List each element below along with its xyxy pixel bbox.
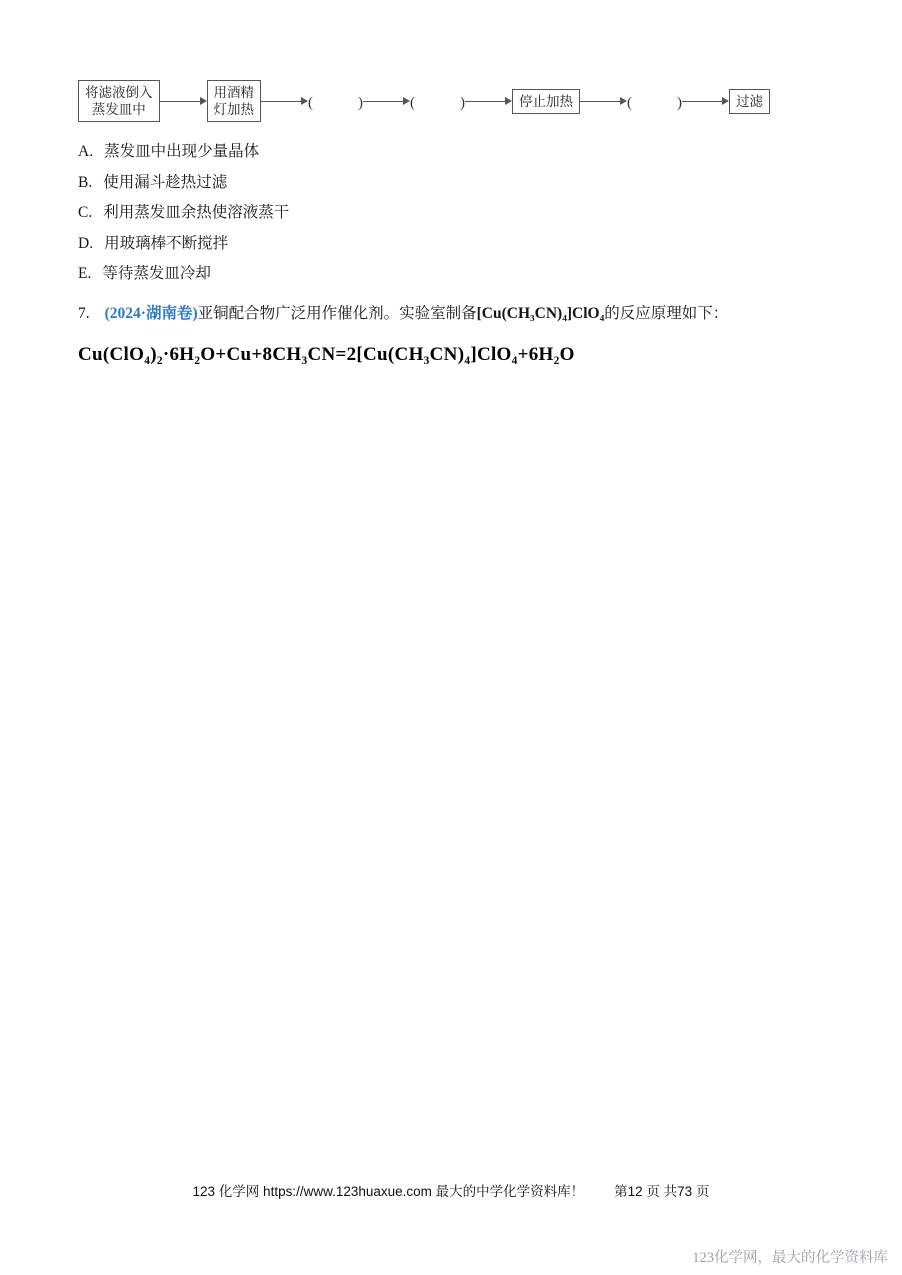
flowchart-item [465,97,512,105]
flowchart-item: ( ) [410,91,465,112]
flow-arrow-icon [580,97,627,105]
option-item: C.利用蒸发皿余热使溶液蒸干 [78,198,834,229]
flow-arrow-icon [261,97,308,105]
flowchart-item: ( ) [308,91,363,112]
flow-arrow-icon [363,97,410,105]
option-letter: B. [78,174,92,191]
arrow-head-icon [301,97,308,105]
document-page: 将滤液倒入 蒸发皿中 用酒精 灯加热 [0,0,902,1275]
flowchart-step-box: 停止加热 [512,89,580,114]
arrow-head-icon [722,97,729,105]
flowchart-blank-slot: ( ) [308,91,363,112]
option-item: D.用玻璃棒不断搅拌 [78,229,834,260]
flow-arrow-icon [465,97,512,105]
flowchart-item [160,97,207,105]
page-footer: 123 化学网 https://www.123huaxue.com 最大的中学化… [0,1180,902,1200]
arrow-head-icon [403,97,410,105]
flow-arrow-icon [682,97,729,105]
chemical-equation: Cu(ClO₄)₂·6H₂O+Cu+8CH₃CN=2[Cu(CH₃CN)₄]Cl… [78,344,834,366]
flowchart-blank-slot: ( ) [627,91,682,112]
flowchart-item [363,97,410,105]
footer-site-info: 123 化学网 https://www.123huaxue.com 最大的中学化… [193,1184,585,1199]
option-text: 蒸发皿中出现少量晶体 [104,143,259,160]
option-letter: D. [78,235,93,252]
flowchart-item [261,97,308,105]
page-content: 将滤液倒入 蒸发皿中 用酒精 灯加热 [78,80,834,366]
flowchart-item: 将滤液倒入 蒸发皿中 [78,80,160,122]
arrow-line [465,101,505,102]
flowchart-step-box: 将滤液倒入 蒸发皿中 [78,80,160,122]
flowchart-item: 用酒精 灯加热 [207,80,262,122]
flow-arrow-icon [160,97,207,105]
option-text: 利用蒸发皿余热使溶液蒸干 [103,204,289,221]
flowchart-item [682,97,729,105]
arrow-line [160,101,200,102]
page-number: 第12 页 共73 页 [614,1184,709,1199]
inline-chemical-formula: [Cu(CH₃CN)₄]ClO₄ [477,305,605,322]
arrow-line [363,101,403,102]
arrow-head-icon [620,97,627,105]
option-text: 用玻璃棒不断搅拌 [104,235,228,252]
option-letter: C. [78,204,92,221]
flowchart-item: 过滤 [729,89,770,114]
option-item: A.蒸发皿中出现少量晶体 [78,137,834,168]
option-item: E.等待蒸发皿冷却 [78,259,834,290]
flowchart-step-box: 过滤 [729,89,770,114]
flowchart-item [580,97,627,105]
arrow-line [261,101,301,102]
arrow-line [682,101,722,102]
watermark-text: 123化学网，最大的化学资料库 [692,1246,888,1267]
option-letter: A. [78,143,93,160]
option-item: B.使用漏斗趁热过滤 [78,168,834,199]
flowchart-item: 停止加热 [512,89,580,114]
question-number: 7. [78,305,90,322]
arrow-head-icon [505,97,512,105]
options-list: A.蒸发皿中出现少量晶体 B.使用漏斗趁热过滤 C.利用蒸发皿余热使溶液蒸干 D… [78,137,834,290]
question-text-tail: 的反应原理如下： [604,305,728,322]
question-7: 7.(2024·湖南卷)亚铜配合物广泛用作催化剂。实验室制备[Cu(CH₃CN)… [78,299,834,329]
option-text: 使用漏斗趁热过滤 [103,174,227,191]
flowchart-blank-slot: ( ) [410,91,465,112]
option-text: 等待蒸发皿冷却 [102,265,211,282]
flowchart-item: ( ) [627,91,682,112]
flowchart-step-box: 用酒精 灯加热 [207,80,262,122]
procedure-flowchart: 将滤液倒入 蒸发皿中 用酒精 灯加热 [78,80,834,122]
option-letter: E. [78,265,91,282]
arrow-head-icon [200,97,207,105]
question-text: 亚铜配合物广泛用作催化剂。实验室制备 [198,305,477,322]
exam-source-tag: (2024·湖南卷) [105,305,198,322]
arrow-line [580,101,620,102]
